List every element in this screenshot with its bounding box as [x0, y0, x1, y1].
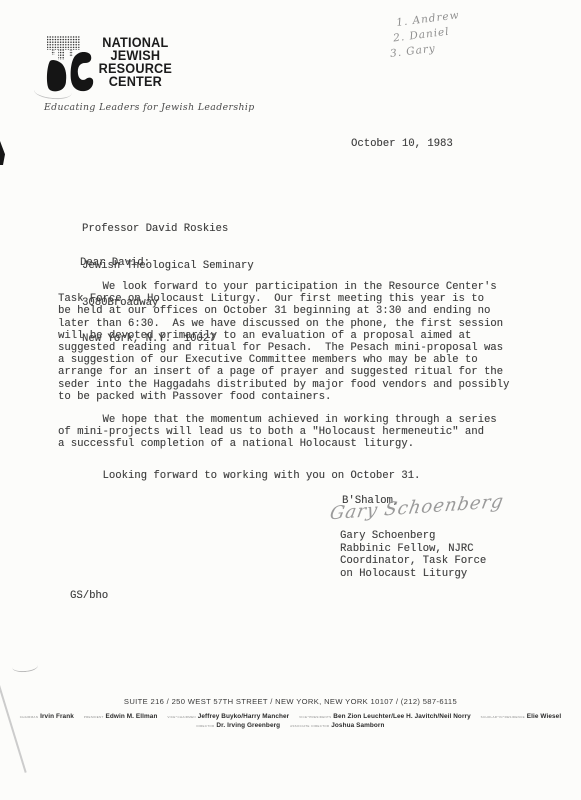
signer-block: Gary Schoenberg Rabbinic Fellow, NJRC Co…	[340, 530, 486, 580]
recipient-line: Professor David Roskies	[82, 223, 254, 235]
org-name: NATIONAL JEWISH RESOURCE CENTER	[94, 37, 177, 89]
footer-director: director Dr. Irving Greenberg	[196, 722, 280, 729]
footer-address: SUITE 216 / 250 WEST 57TH STREET / NEW Y…	[0, 697, 581, 706]
footer-officers: chairman Irvin Frank president Edwin M. …	[0, 713, 581, 720]
date-line: October 10, 1983	[351, 138, 453, 150]
footer-officer: scholar-in-residence Elie Wiesel	[481, 713, 562, 720]
footer-officer: president Edwin M. Ellman	[84, 713, 158, 720]
salutation: Dear David:	[80, 257, 150, 269]
typist-initials: GS/bho	[70, 590, 108, 602]
scan-artifact-edge-mark	[0, 141, 5, 165]
footer-directors: director Dr. Irving Greenberg associate …	[0, 722, 581, 729]
org-name-line: CENTER	[94, 76, 177, 89]
body-paragraph-2: We hope that the momentum achieved in wo…	[58, 414, 497, 451]
footer-officer: vice-presidents Ben Zion Leuchter/Lee H.…	[299, 713, 471, 720]
body-paragraph-3: Looking forward to working with you on O…	[58, 470, 420, 482]
letter-page: NATIONAL JEWISH RESOURCE CENTER Educatin…	[0, 0, 581, 800]
handwritten-note: 1. Andrew 2. Daniel 3. Gary	[395, 8, 464, 60]
letterhead-tagline: Educating Leaders for Jewish Leadership	[44, 102, 255, 113]
footer-officer: vice-chairmen Jeffrey Buyko/Harry Manche…	[167, 713, 289, 720]
footer-director: associate director Joshua Samborn	[290, 722, 384, 729]
scan-artifact-pencil-arc	[12, 660, 39, 673]
footer-officer: chairman Irvin Frank	[20, 713, 74, 720]
body-paragraph-1: We look forward to your participation in…	[58, 281, 509, 403]
